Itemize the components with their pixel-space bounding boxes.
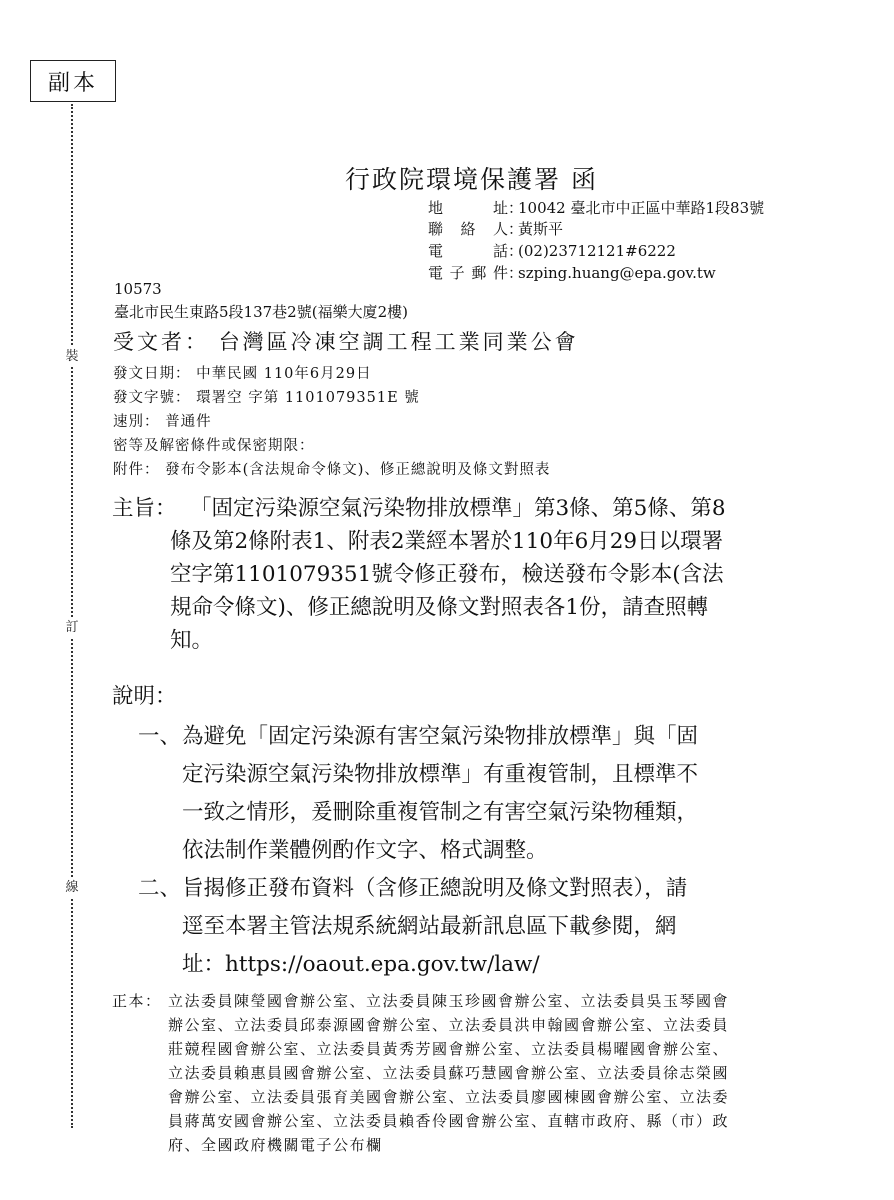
contact-address: 地址：10042 臺北市中正區中華路1段83號	[428, 198, 764, 218]
explanation-url-line[interactable]: 址：https://oaout.epa.gov.tw/law/	[182, 948, 540, 981]
distribution-line: 府、全國政府機關電子公布欄	[168, 1134, 383, 1158]
contact-email-value: szping.huang@epa.gov.tw	[518, 264, 716, 282]
explanation-item-marker: 二、	[138, 872, 181, 905]
binding-mark-zhuang: 裝	[62, 347, 82, 367]
doc-number-label: 發文字號：	[113, 390, 191, 406]
recipient-address: 臺北市民生東路5段137巷2號(福樂大廈2樓)	[114, 301, 408, 322]
explanation-label: 說明：	[112, 680, 177, 713]
attachments-value: 發布令影本(含法規命令條文)、修正總說明及條文對照表	[165, 462, 550, 478]
distribution-line: 辦公室、立法委員邱泰源國會辦公室、立法委員洪申翰國會辦公室、立法委員	[168, 1014, 729, 1038]
contact-email: 電子郵件：szping.huang@epa.gov.tw	[428, 263, 716, 283]
binding-mark-xian: 線	[62, 878, 82, 898]
agency-title: 行政院環境保護署 函	[345, 160, 598, 196]
contact-label: 聯絡人	[428, 219, 508, 239]
explanation-item-line: 逕至本署主管法規系統網站最新訊息區下載參閱，網	[182, 910, 677, 943]
explanation-item-line: 定污染源空氣污染物排放標準」有重複管制，且標準不	[182, 758, 698, 791]
explanation-item-marker: 一、	[138, 720, 181, 753]
binding-mark-ding: 訂	[62, 618, 82, 638]
explanation-item-line: 依法制作業體例酌作文字、格式調整。	[182, 834, 548, 867]
distribution-line: 立法委員陳瑩國會辦公室、立法委員陳玉珍國會辦公室、立法委員吳玉琴國會	[168, 990, 729, 1014]
contact-person: 聯絡人：黃斯平	[428, 219, 563, 239]
contact-value: 10042 臺北市中正區中華路1段83號	[518, 199, 764, 217]
contact-label: 電子郵件	[428, 263, 508, 283]
attachments-label: 附件：	[113, 462, 160, 478]
distribution-line: 立法委員賴惠員國會辦公室、立法委員蘇巧慧國會辦公室、立法委員徐志榮國	[168, 1062, 729, 1086]
explanation-item-line: 一致之情形，爰刪除重複管制之有害空氣污染物種類，	[182, 796, 698, 829]
distribution-line: 員蔣萬安國會辦公室、立法委員賴香伶國會辦公室、直轄市政府、縣（市）政	[168, 1110, 729, 1134]
priority-label: 速別：	[113, 414, 160, 430]
doc-number-value: 環署空 字第 1101079351E 號	[196, 390, 420, 406]
issue-date-line: 發文日期： 中華民國 110年6月29日	[113, 362, 372, 383]
contact-label: 地址	[428, 198, 508, 218]
issue-date-label: 發文日期：	[113, 366, 191, 382]
doc-number-line: 發文字號： 環署空 字第 1101079351E 號	[113, 386, 420, 407]
contact-phone: 電話：(02)23712121#6222	[428, 241, 676, 261]
secrecy-line: 密等及解密條件或保密期限：	[113, 434, 315, 455]
subject-line: 知。	[170, 624, 213, 657]
recipient-postal-code: 10573	[114, 280, 162, 298]
binding-dotted-line	[71, 104, 73, 1128]
subject-line: 條及第2條附表1、附表2業經本署於110年6月29日以環署	[170, 525, 723, 558]
issue-date-value: 中華民國 110年6月29日	[196, 366, 371, 382]
distribution-line: 會辦公室、立法委員張育美國會辦公室、立法委員廖國棟國會辦公室、立法委	[168, 1086, 729, 1110]
receiver-line: 受文者： 台灣區冷凍空調工程工業同業公會	[113, 326, 579, 356]
subject-label: 主旨：	[112, 492, 177, 525]
priority-line: 速別： 普通件	[113, 410, 212, 431]
subject-line: 「固定污染源空氣污染物排放標準」第3條、第5條、第8	[190, 492, 726, 525]
copy-stamp: 副本	[30, 60, 116, 102]
distribution-line: 莊競程國會辦公室、立法委員黃秀芳國會辦公室、立法委員楊曜國會辦公室、	[168, 1038, 729, 1062]
secrecy-label: 密等及解密條件或保密期限：	[113, 438, 315, 454]
copy-stamp-label: 副本	[48, 66, 98, 97]
distribution-label: 正本：	[112, 990, 162, 1014]
subject-line: 空字第1101079351號令修正發布，檢送發布令影本(含法	[170, 558, 724, 591]
subject-line: 規命令條文)、修正總說明及條文對照表各1份，請查照轉	[170, 591, 708, 624]
attachments-line: 附件： 發布令影本(含法規命令條文)、修正總說明及條文對照表	[113, 458, 550, 479]
receiver-label: 受文者：	[113, 330, 209, 354]
receiver-name: 台灣區冷凍空調工程工業同業公會	[219, 330, 579, 354]
priority-value: 普通件	[165, 414, 212, 430]
explanation-item-line: 旨揭修正發布資料（含修正總說明及條文對照表），請	[182, 872, 687, 905]
contact-value: 黃斯平	[518, 220, 563, 238]
contact-label: 電話	[428, 241, 508, 261]
explanation-item-line: 為避免「固定污染源有害空氣污染物排放標準」與「固	[182, 720, 698, 753]
contact-value: (02)23712121#6222	[518, 242, 676, 260]
